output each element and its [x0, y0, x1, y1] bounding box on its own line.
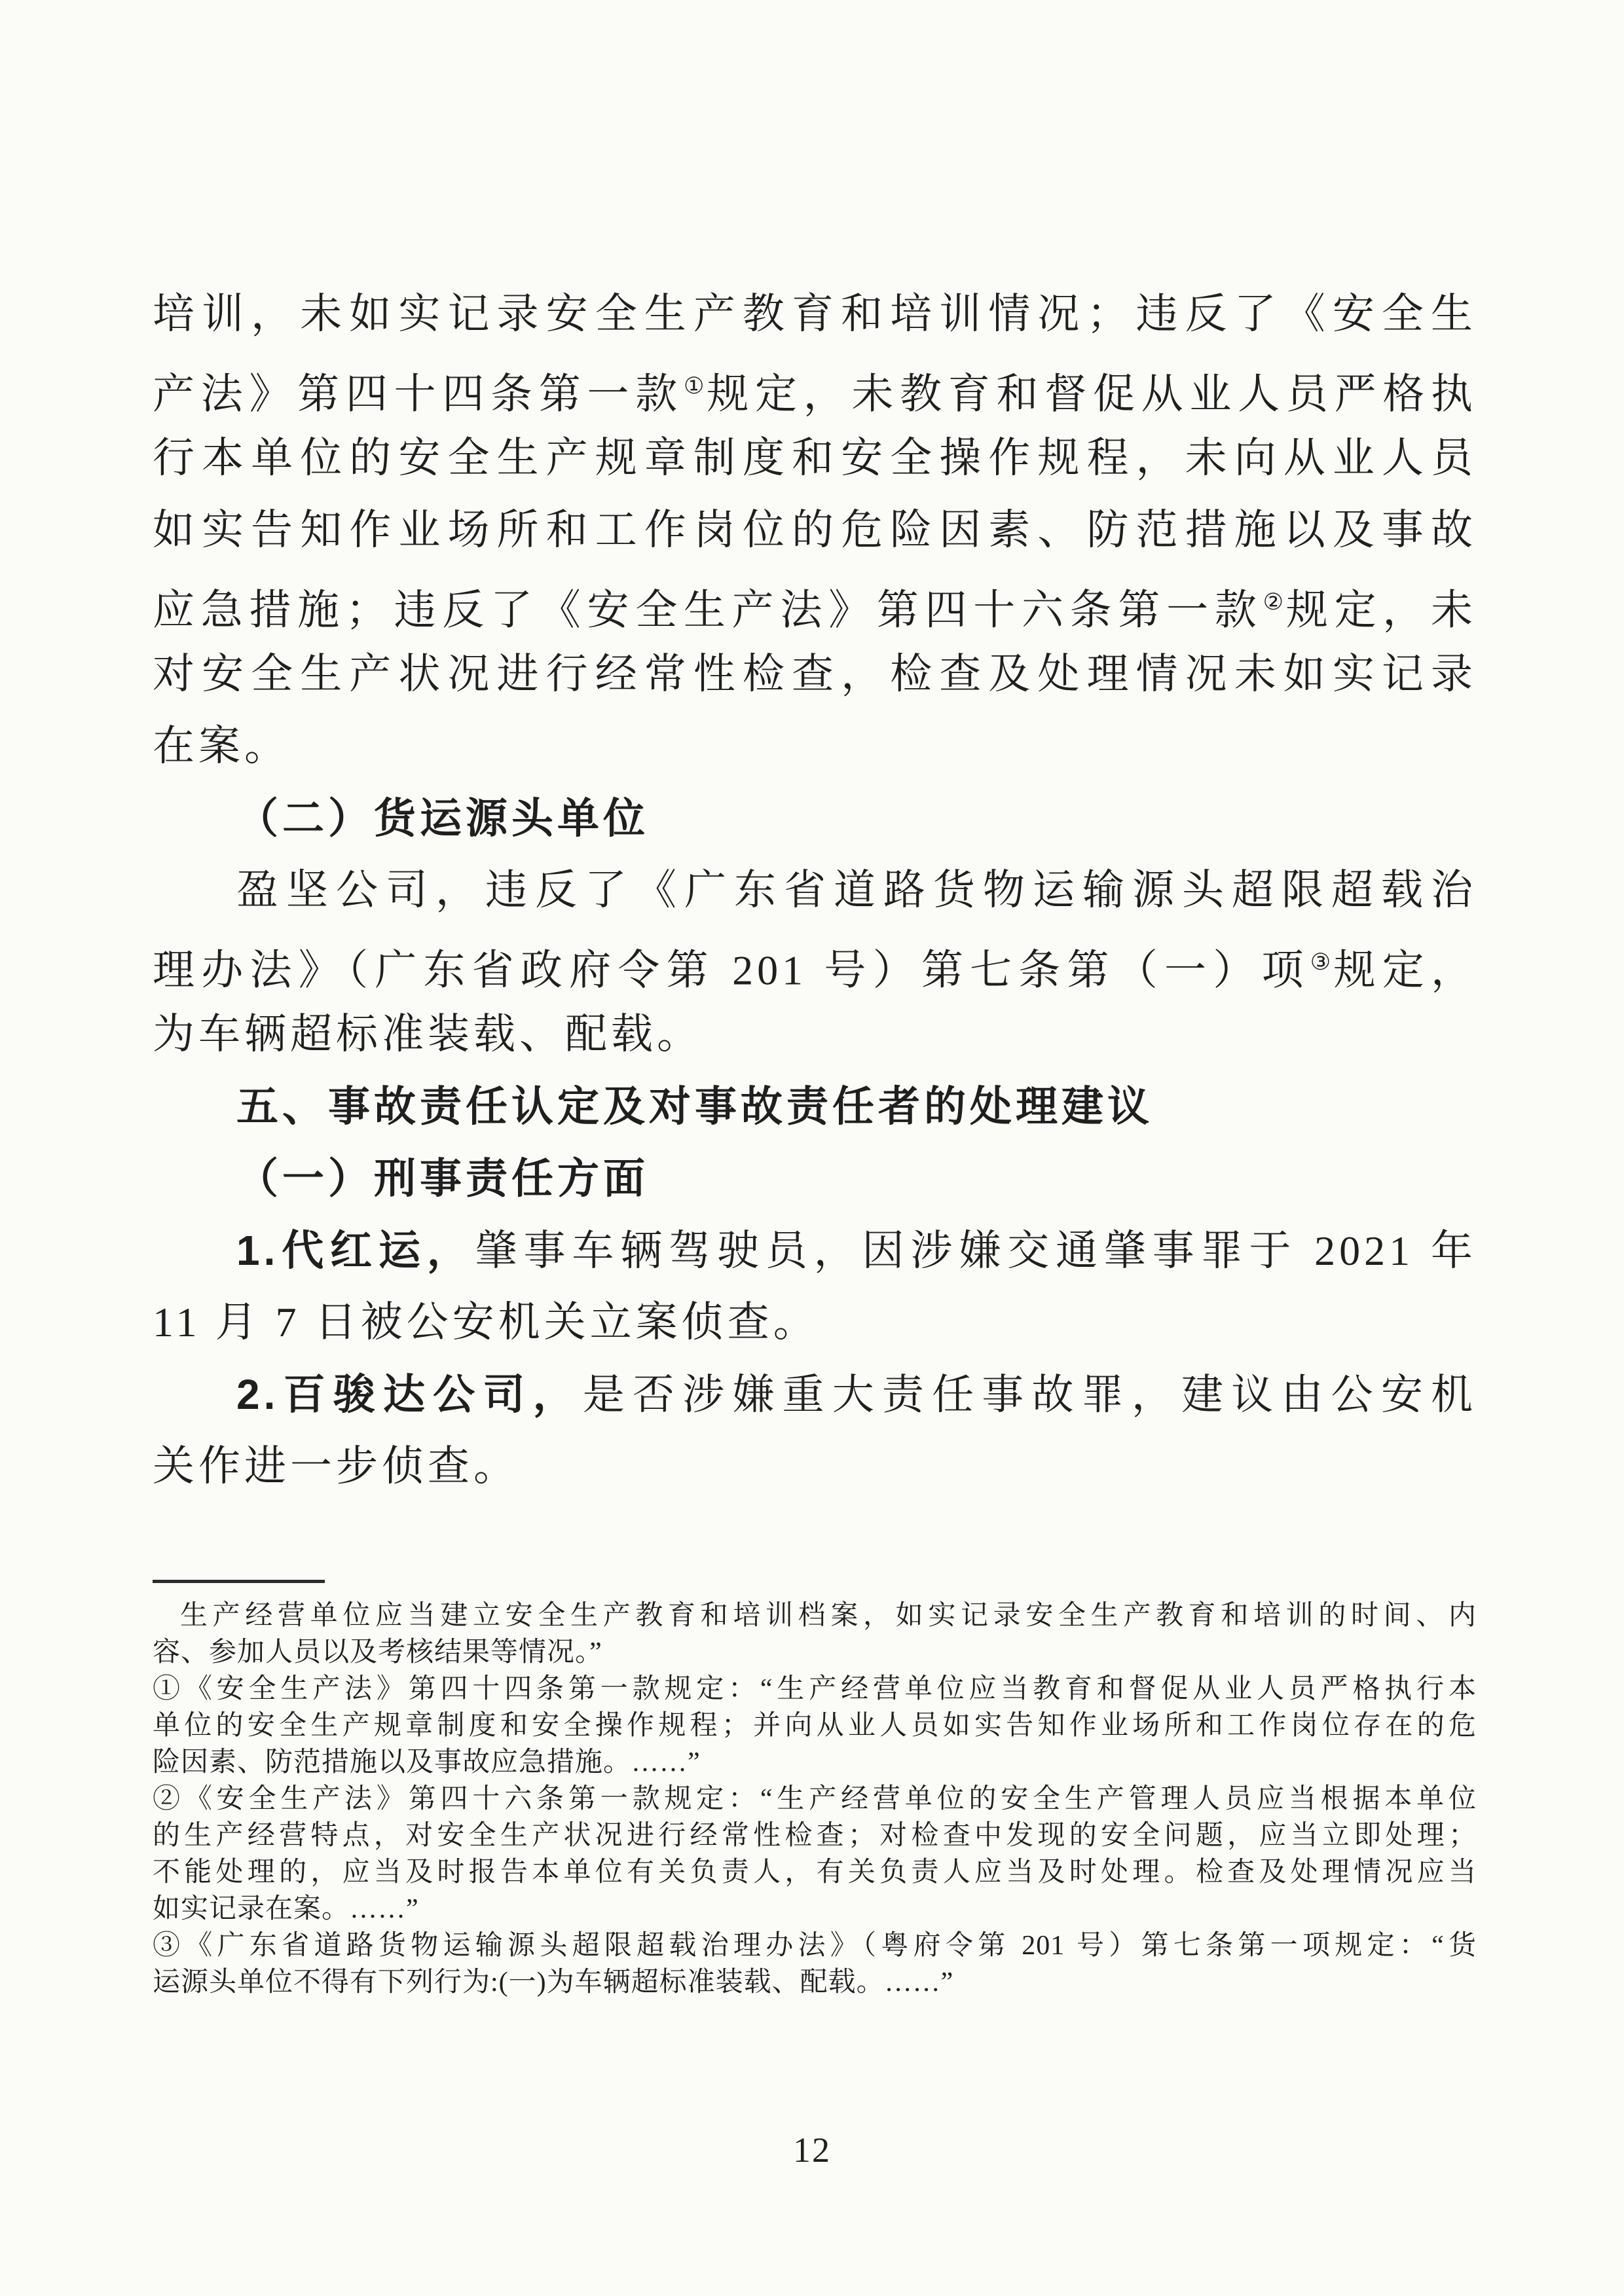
body-line: （一）刑事责任方面	[153, 1142, 1477, 1214]
text-run: 生产经营单位应当建立安全生产教育和培训档案，如实记录安全生产教育和培训的时间、内	[180, 1601, 1477, 1631]
text-run: （一）刑事责任方面	[236, 1155, 649, 1202]
footnote-line: 的生产经营特点，对安全生产状况进行经常性检查；对检查中发现的安全问题，应当立即处…	[153, 1817, 1477, 1854]
text-run: 应急措施；违反了《安全生产法》第四十六条第一款	[153, 587, 1263, 633]
text-run: 产法》第四十四条第一款	[153, 371, 684, 417]
text-run: ③《广东省道路货物运输源头超限超载治理办法》（粤府令第 201 号）第七条第一项…	[153, 1931, 1477, 1961]
body-line: （二）货运源头单位	[153, 782, 1477, 854]
footnote-line: 运源头单位不得有下列行为:(一)为车辆超标准装载、配载。……”	[153, 1964, 1477, 2001]
text-run: 单位的安全生产规章制度和安全操作规程；并向从业人员如实告知作业场所和工作岗位存在…	[153, 1711, 1477, 1741]
text-run: 对安全生产状况进行经常性检查，检查及处理情况未如实记录	[153, 651, 1477, 697]
body-text: 培训，未如实记录安全生产教育和培训情况；违反了《安全生产法》第四十四条第一款①规…	[153, 278, 1477, 1503]
text-run: 肇事车辆驾驶员，因涉嫌交通肇事罪于 2021 年	[475, 1228, 1477, 1274]
footnote-line: ③《广东省道路货物运输源头超限超载治理办法》（粤府令第 201 号）第七条第一项…	[153, 1927, 1477, 1964]
footnote-line: 生产经营单位应当建立安全生产教育和培训档案，如实记录安全生产教育和培训的时间、内	[153, 1597, 1477, 1634]
text-run: 五、事故责任认定及对事故责任者的处理建议	[236, 1083, 1153, 1130]
text-run: 关作进一步侦查。	[153, 1443, 519, 1489]
footnote-line: 单位的安全生产规章制度和安全操作规程；并向从业人员如实告知作业场所和工作岗位存在…	[153, 1707, 1477, 1744]
text-run: 盈坚公司，违反了《广东省道路货物运输源头超限超载治	[236, 867, 1477, 913]
text-run: 规定，未教育和督促从业人员严格执	[707, 371, 1477, 417]
body-line: 培训，未如实记录安全生产教育和培训情况；违反了《安全生	[153, 278, 1477, 350]
footnote-separator	[153, 1580, 325, 1583]
text-run: 运源头单位不得有下列行为:(一)为车辆超标准装载、配载。……”	[153, 1967, 953, 1997]
footnote-line: 险因素、防范措施以及事故应急措施。……”	[153, 1744, 1477, 1781]
text-run: 2.百骏达公司，	[236, 1371, 583, 1418]
footnote-line: 不能处理的，应当及时报告本单位有关负责人，有关负责人应当及时处理。检查及处理情况…	[153, 1854, 1477, 1891]
text-run: 11 月 7 日被公安机关立案侦查。	[153, 1299, 819, 1345]
footnote-reference-mark: ②	[1263, 589, 1286, 615]
text-run: 是否涉嫌重大责任事故罪，建议由公安机	[583, 1372, 1477, 1418]
footnote-line: ①《安全生产法》第四十四条第一款规定：“生产经营单位应当教育和督促从业人员严格执…	[153, 1671, 1477, 1707]
body-line: 11 月 7 日被公安机关立案侦查。	[153, 1286, 1477, 1358]
footnote-line: 容、参加人员以及考核结果等情况。”	[153, 1634, 1477, 1671]
text-run: ①《安全生产法》第四十四条第一款规定：“生产经营单位应当教育和督促从业人员严格执…	[153, 1674, 1477, 1704]
footnote-reference-mark: ③	[1310, 949, 1334, 975]
body-line: 为车辆超标准装载、配载。	[153, 998, 1477, 1070]
text-run: 规定，未	[1286, 587, 1477, 633]
scanned-document-page: 培训，未如实记录安全生产教育和培训情况；违反了《安全生产法》第四十四条第一款①规…	[0, 0, 1624, 2296]
page-number: 12	[0, 2130, 1624, 2170]
body-line: 五、事故责任认定及对事故责任者的处理建议	[153, 1070, 1477, 1142]
text-run: 为车辆超标准装载、配载。	[153, 1011, 703, 1057]
body-line: 理办法》（广东省政府令第 201 号）第七条第（一）项③规定，	[153, 926, 1477, 998]
body-line: 1.代红运，肇事车辆驾驶员，因涉嫌交通肇事罪于 2021 年	[153, 1214, 1477, 1286]
body-line: 2.百骏达公司，是否涉嫌重大责任事故罪，建议由公安机	[153, 1358, 1477, 1430]
body-line: 关作进一步侦查。	[153, 1430, 1477, 1503]
body-line: 行本单位的安全生产规章制度和安全操作规程，未向从业人员	[153, 422, 1477, 494]
text-run: 不能处理的，应当及时报告本单位有关负责人，有关负责人应当及时处理。检查及处理情况…	[153, 1857, 1477, 1887]
text-run: 容、参加人员以及考核结果等情况。”	[153, 1637, 602, 1667]
text-run: 在案。	[153, 723, 290, 769]
footnote-line: ②《安全生产法》第四十六条第一款规定：“生产经营单位的安全生产管理人员应当根据本…	[153, 1781, 1477, 1817]
text-run: 理办法》（广东省政府令第 201 号）第七条第（一）项	[153, 947, 1310, 993]
body-line: 盈坚公司，违反了《广东省道路货物运输源头超限超载治	[153, 854, 1477, 926]
body-line: 应急措施；违反了《安全生产法》第四十六条第一款②规定，未	[153, 566, 1477, 638]
text-run: 规定，	[1334, 947, 1477, 993]
footnote-area: 生产经营单位应当建立安全生产教育和培训档案，如实记录安全生产教育和培训的时间、内…	[153, 1597, 1477, 2001]
body-line: 在案。	[153, 710, 1477, 782]
text-run: 培训，未如实记录安全生产教育和培训情况；违反了《安全生	[153, 291, 1477, 337]
body-line: 对安全生产状况进行经常性检查，检查及处理情况未如实记录	[153, 638, 1477, 710]
text-run: 险因素、防范措施以及事故应急措施。……”	[153, 1747, 701, 1777]
text-run: 1.代红运，	[236, 1227, 475, 1274]
footnote-reference-mark: ①	[684, 373, 707, 399]
text-run: 行本单位的安全生产规章制度和安全操作规程，未向从业人员	[153, 435, 1477, 481]
body-line: 产法》第四十四条第一款①规定，未教育和督促从业人员严格执	[153, 350, 1477, 422]
text-run: 如实告知作业场所和工作岗位的危险因素、防范措施以及事故	[153, 507, 1477, 553]
text-run: 如实记录在案。……”	[153, 1894, 419, 1924]
text-run: ②《安全生产法》第四十六条第一款规定：“生产经营单位的安全生产管理人员应当根据本…	[153, 1784, 1477, 1814]
text-run: （二）货运源头单位	[236, 795, 649, 842]
text-run: 的生产经营特点，对安全生产状况进行经常性检查；对检查中发现的安全问题，应当立即处…	[153, 1821, 1477, 1851]
body-line: 如实告知作业场所和工作岗位的危险因素、防范措施以及事故	[153, 494, 1477, 566]
footnote-line: 如实记录在案。……”	[153, 1891, 1477, 1927]
